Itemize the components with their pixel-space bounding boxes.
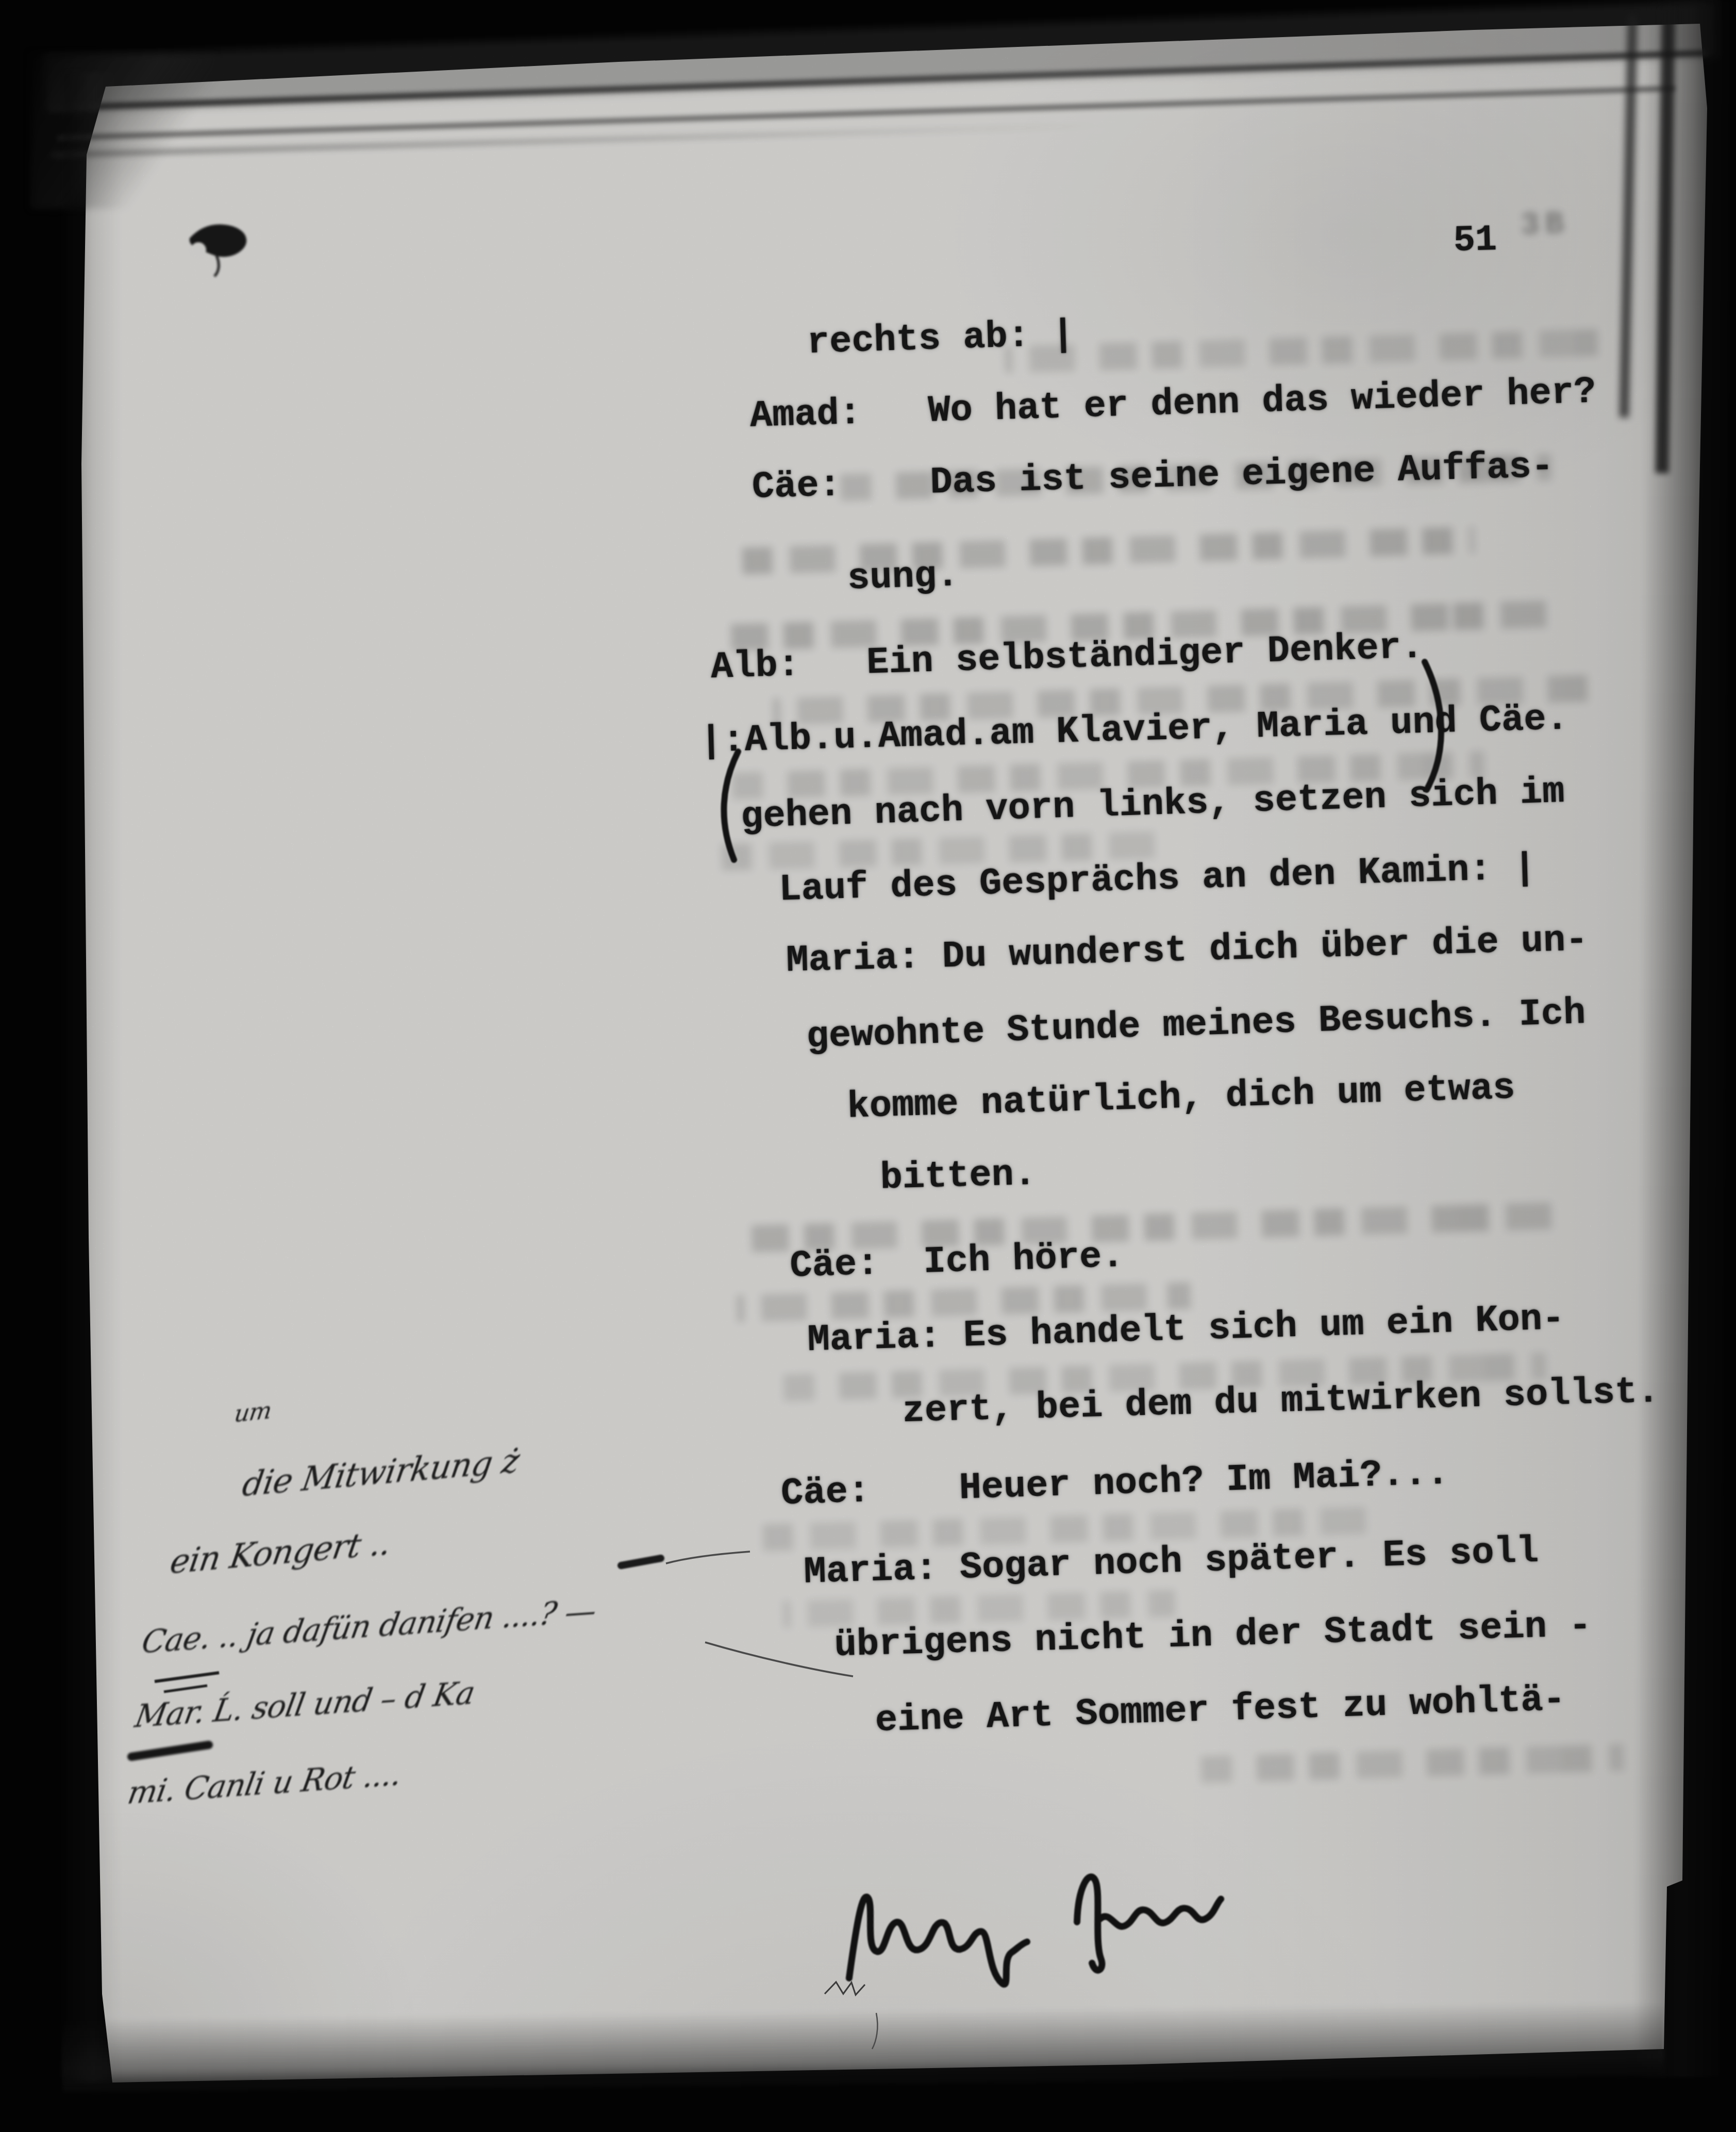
pencil-line-mark [872, 2013, 877, 2049]
ink-blot [190, 224, 247, 276]
underline-mark [155, 1673, 219, 1681]
scanned-typescript-page: 51 3B rechts ab: | Amad: Wo hat er denn … [0, 0, 1736, 2132]
opening-paren-mark [724, 752, 738, 860]
pencil-line-mark [705, 1642, 853, 1676]
signature-scrawl [842, 1865, 1227, 1997]
margin-dash-mark [621, 1558, 661, 1565]
zigzag-mark [825, 1982, 865, 1995]
underline-mark [164, 1686, 207, 1692]
handwritten-marks-layer [0, 0, 1736, 2132]
closing-paren-mark [1425, 662, 1441, 790]
pencil-line-mark [666, 1552, 750, 1563]
margin-dash-mark [131, 1745, 209, 1757]
